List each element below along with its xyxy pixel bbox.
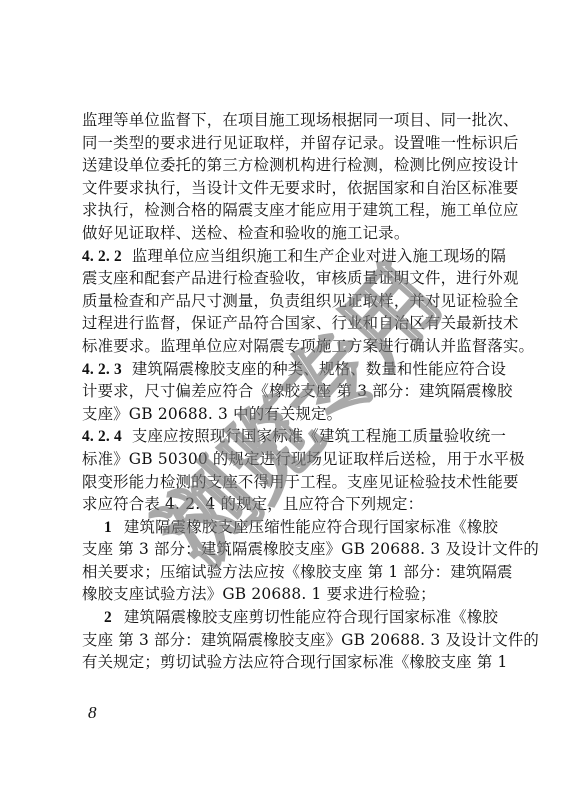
text-line: 有关规定；剪切试验方法应符合现行国家标准《橡胶支座 第 1 <box>82 651 482 674</box>
line-text: 支座 第 3 部分：建筑隔震橡胶支座》GB 20688. 3 及设计文件的 <box>82 631 539 649</box>
text-line: 求执行，检测合格的隔震支座才能应用于建筑工程，施工单位应 <box>82 199 482 222</box>
line-text: 文件要求执行，当设计文件无要求时，依据国家和自治区标准要 <box>82 179 519 197</box>
text-line: 标准》GB 50300 的规定进行现场见证取样后送检，用于水平极 <box>82 448 482 471</box>
text-line: 同一类型的要求进行见证取样，并留存记录。设置唯一性标识后 <box>82 132 482 155</box>
line-text: 标准要求。监理单位应对隔震专项施工方案进行确认并监督落实。 <box>82 337 534 355</box>
line-text: 求应符合表 4. 2. 4 的规定，且应符合下列规定： <box>82 495 423 513</box>
text-line: 文件要求执行，当设计文件无要求时，依据国家和自治区标准要 <box>82 177 482 200</box>
clause-number: 4. 2. 3 <box>82 361 122 378</box>
clause-4-2-2-heading-line: 4. 2. 2监理单位应当组织施工和生产企业对进入施工现场的隔 <box>82 245 482 268</box>
text-line: 做好见证取样、送检、检查和验收的施工记录。 <box>82 222 482 245</box>
line-text: 震支座和配套产品进行检查验收，审核质量证明文件，进行外观 <box>82 269 519 287</box>
clause-4-2-4-heading-line: 4. 2. 4支座应按照现行国家标准《建筑工程施工质量验收统一 <box>82 425 482 448</box>
item-1-line: 1建筑隔震橡胶支座压缩性能应符合现行国家标准《橡胶 <box>82 516 482 539</box>
document-page: 监理等单位监督下，在项目施工现场根据同一项目、同一批次、 同一类型的要求进行见证… <box>0 0 561 804</box>
line-text: 相关要求；压缩试验方法应按《橡胶支座 第 1 部分：建筑隔震 <box>82 563 513 581</box>
line-text: 过程进行监督，保证产品符合国家、行业和自治区有关最新技术 <box>82 314 519 332</box>
line-text: 建筑隔震橡胶支座剪切性能应符合现行国家标准《橡胶 <box>124 608 498 626</box>
text-line: 监理等单位监督下，在项目施工现场根据同一项目、同一批次、 <box>82 109 482 132</box>
line-text: 橡胶支座试验方法》GB 20688. 1 要求进行检验； <box>82 585 436 603</box>
line-text: 监理等单位监督下，在项目施工现场根据同一项目、同一批次、 <box>82 111 519 129</box>
item-2-line: 2建筑隔震橡胶支座剪切性能应符合现行国家标准《橡胶 <box>82 606 482 629</box>
line-text: 支座 第 3 部分：建筑隔震橡胶支座》GB 20688. 3 及设计文件的 <box>82 540 539 558</box>
clause-number: 4. 2. 4 <box>82 428 122 445</box>
line-text: 有关规定；剪切试验方法应符合现行国家标准《橡胶支座 第 1 <box>82 653 508 671</box>
clause-number: 4. 2. 2 <box>82 248 122 265</box>
line-text: 建筑隔震橡胶支座压缩性能应符合现行国家标准《橡胶 <box>124 518 498 536</box>
text-line: 标准要求。监理单位应对隔震专项施工方案进行确认并监督落实。 <box>82 335 482 358</box>
text-line: 支座》GB 20688. 3 中的有关规定。 <box>82 403 482 426</box>
page-body: 监理等单位监督下，在项目施工现场根据同一项目、同一批次、 同一类型的要求进行见证… <box>82 109 482 674</box>
text-line: 计要求，尺寸偏差应符合《橡胶支座 第 3 部分：建筑隔震橡胶 <box>82 380 482 403</box>
line-text: 同一类型的要求进行见证取样，并留存记录。设置唯一性标识后 <box>82 134 519 152</box>
line-text: 求执行，检测合格的隔震支座才能应用于建筑工程，施工单位应 <box>82 201 519 219</box>
line-text: 做好见证取样、送检、检查和验收的施工记录。 <box>82 224 409 242</box>
line-text: 标准》GB 50300 的规定进行现场见证取样后送检，用于水平极 <box>82 450 525 468</box>
line-text: 计要求，尺寸偏差应符合《橡胶支座 第 3 部分：建筑隔震橡胶 <box>82 382 513 400</box>
item-number: 2 <box>104 609 112 626</box>
text-line: 求应符合表 4. 2. 4 的规定，且应符合下列规定： <box>82 493 482 516</box>
text-line: 相关要求；压缩试验方法应按《橡胶支座 第 1 部分：建筑隔震 <box>82 561 482 584</box>
line-text: 建筑隔震橡胶支座的种类、规格、数量和性能应符合设 <box>132 360 506 378</box>
line-text: 监理单位应当组织施工和生产企业对进入施工现场的隔 <box>132 247 506 265</box>
text-line: 橡胶支座试验方法》GB 20688. 1 要求进行检验； <box>82 583 482 606</box>
page-number: 8 <box>88 703 97 723</box>
text-line: 震支座和配套产品进行检查验收，审核质量证明文件，进行外观 <box>82 267 482 290</box>
text-line: 限变形能力检测的支座不得用于工程。支座见证检验技术性能要 <box>82 471 482 494</box>
clause-4-2-3-heading-line: 4. 2. 3建筑隔震橡胶支座的种类、规格、数量和性能应符合设 <box>82 358 482 381</box>
text-line: 支座 第 3 部分：建筑隔震橡胶支座》GB 20688. 3 及设计文件的 <box>82 629 482 652</box>
line-text: 限变形能力检测的支座不得用于工程。支座见证检验技术性能要 <box>82 473 519 491</box>
line-text: 质量检查和产品尺寸测量，负责组织见证取样，并对见证检验全 <box>82 292 519 310</box>
text-line: 支座 第 3 部分：建筑隔震橡胶支座》GB 20688. 3 及设计文件的 <box>82 538 482 561</box>
line-text: 送建设单位委托的第三方检测机构进行检测，检测比例应按设计 <box>82 156 519 174</box>
line-text: 支座应按照现行国家标准《建筑工程施工质量验收统一 <box>132 427 506 445</box>
text-line: 送建设单位委托的第三方检测机构进行检测，检测比例应按设计 <box>82 154 482 177</box>
text-line: 质量检查和产品尺寸测量，负责组织见证取样，并对见证检验全 <box>82 290 482 313</box>
line-text: 支座》GB 20688. 3 中的有关规定。 <box>82 405 342 423</box>
text-line: 过程进行监督，保证产品符合国家、行业和自治区有关最新技术 <box>82 312 482 335</box>
item-number: 1 <box>104 519 112 536</box>
